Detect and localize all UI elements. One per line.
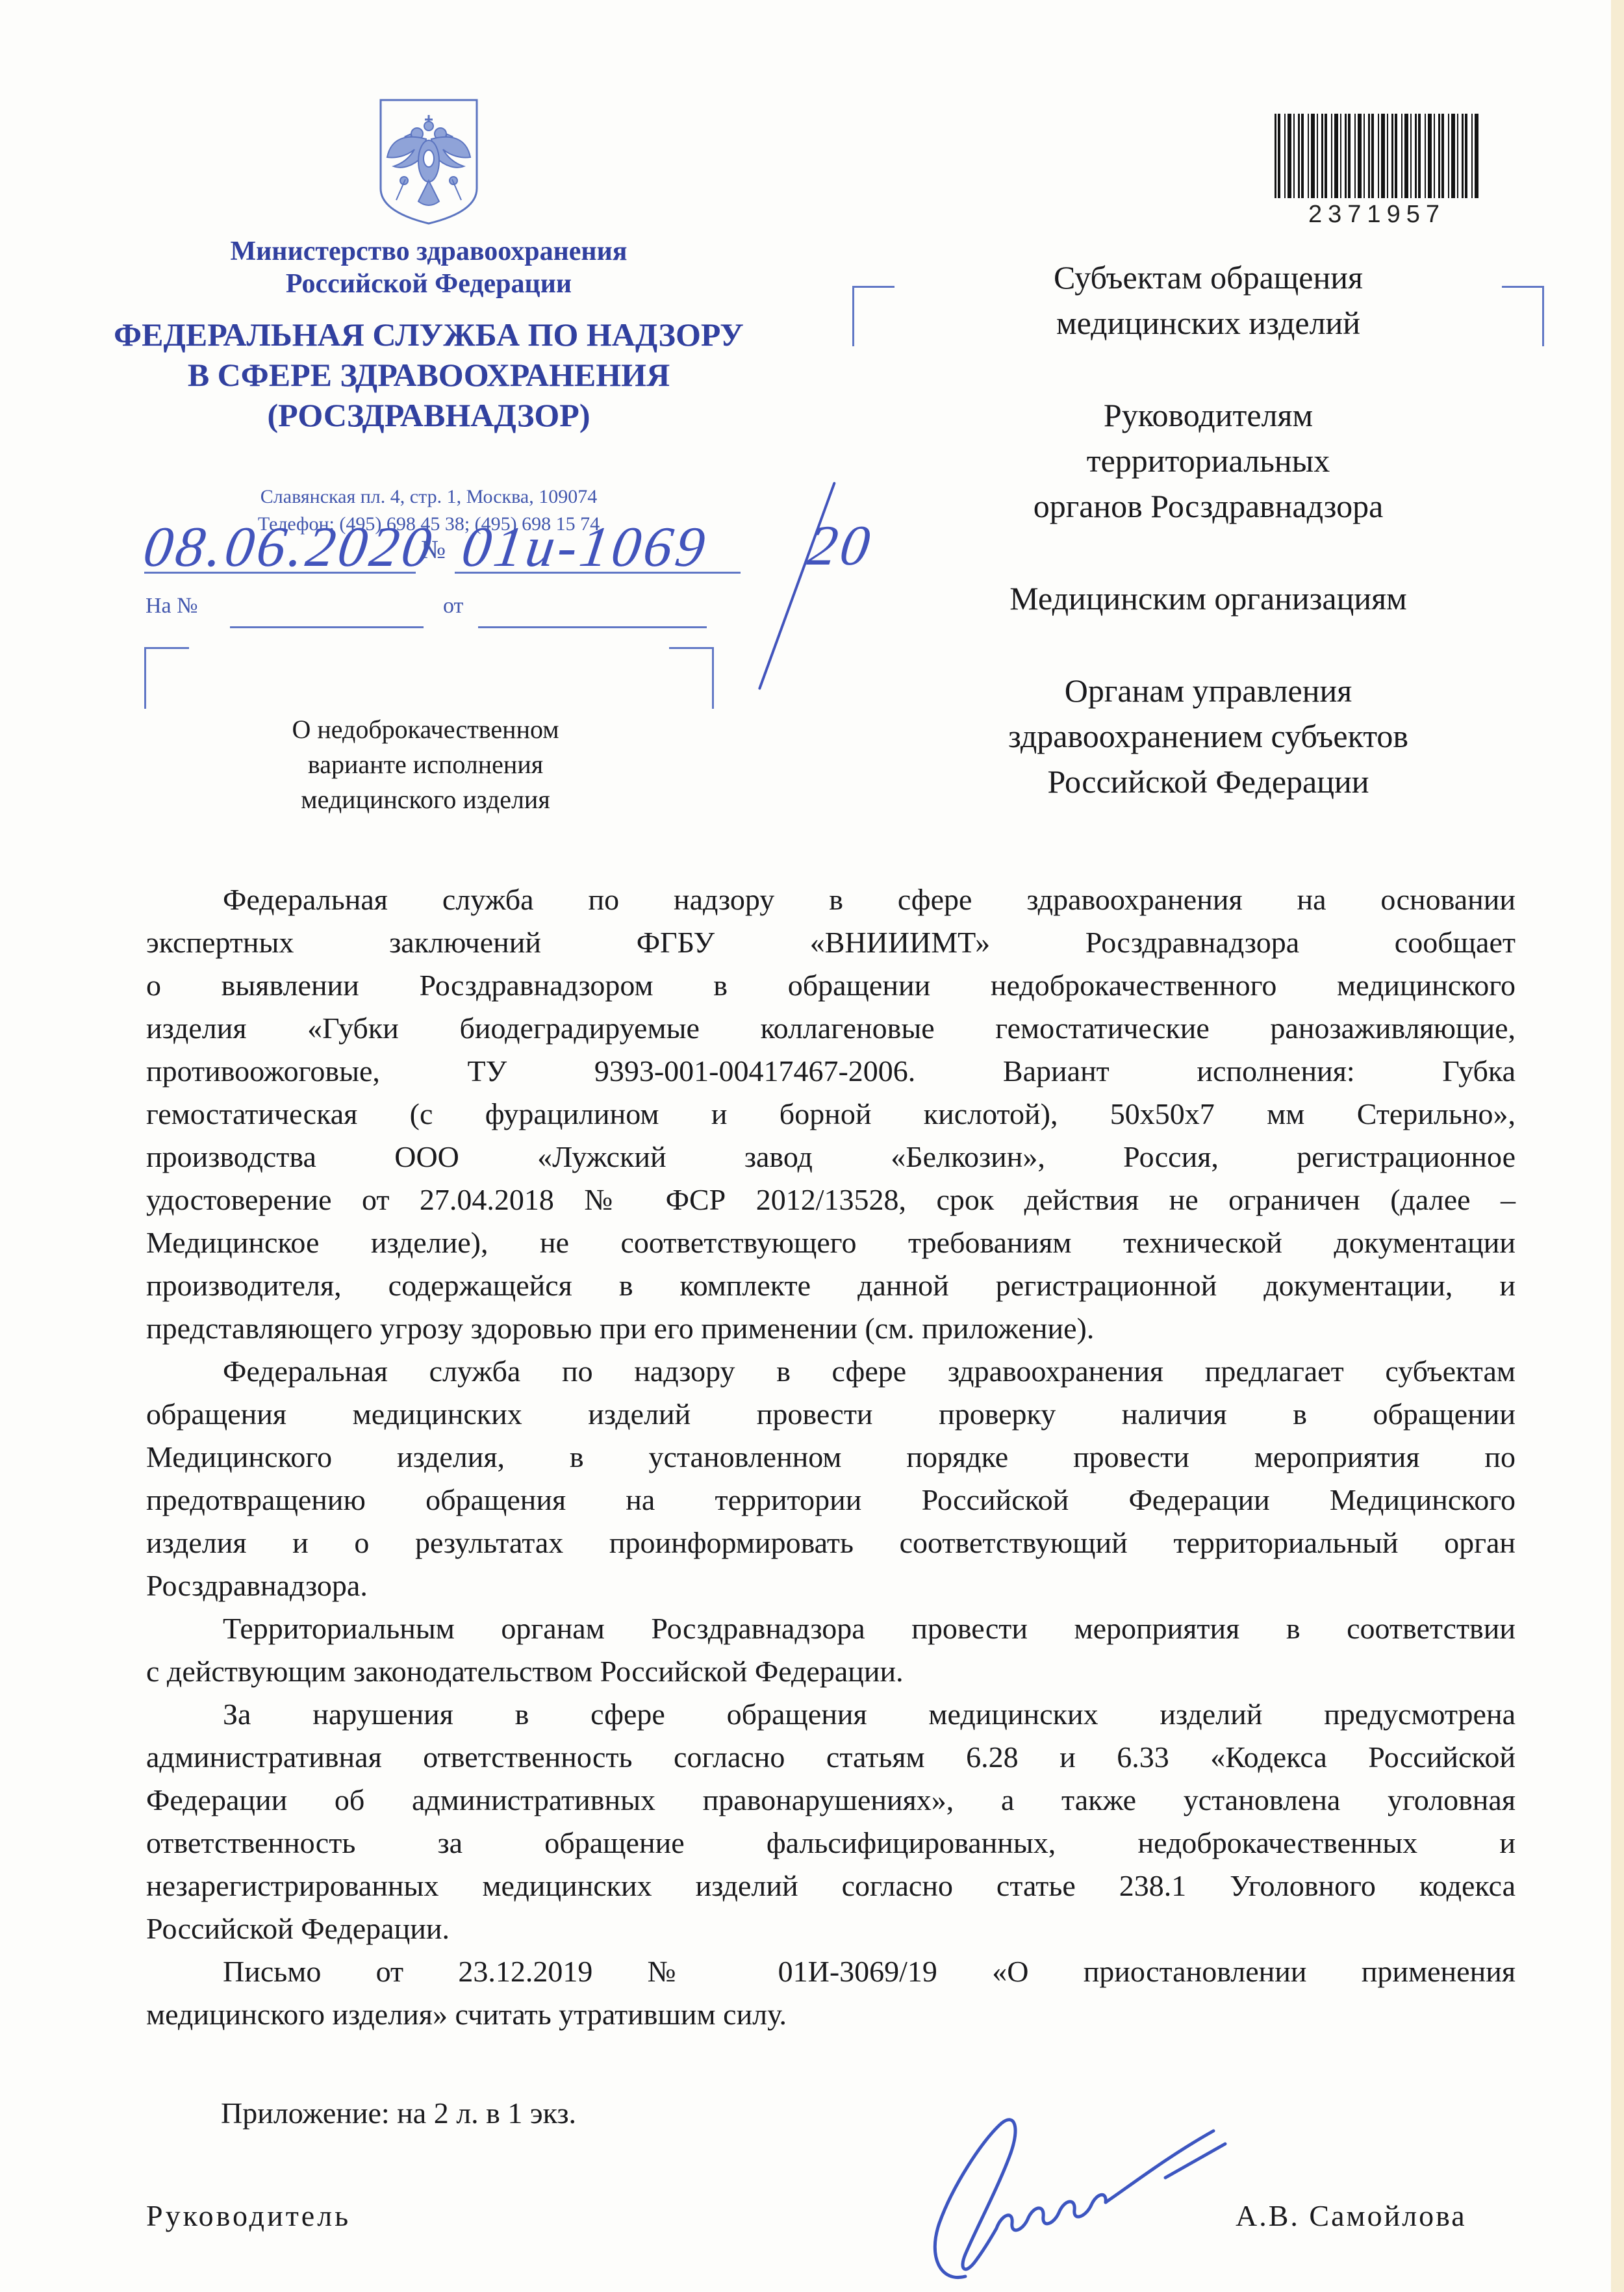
recipient-line: Руководителям [874, 392, 1543, 438]
scanned-letter-page: Министерство здравоохранения Российской … [0, 0, 1624, 2292]
recipient-line: Российской Федерации [874, 759, 1543, 804]
signer-title: Руководитель [146, 2198, 351, 2233]
body-line: Федеральная служба по надзору в сфере зд… [146, 878, 1516, 921]
registration-barcode: 2371957 [1275, 114, 1479, 229]
body-line: гемостатическая (с фурацилином и борной … [146, 1093, 1516, 1136]
body-line: обращения медицинских изделий провести п… [146, 1393, 1516, 1436]
signer-name: А.В. Самойлова [1236, 2198, 1467, 2233]
attachment-note: Приложение: на 2 л. в 1 экз. [221, 2096, 576, 2130]
body-line: производителя, содержащейся в комплекте … [146, 1264, 1516, 1307]
recipient-line: медицинских изделий [874, 300, 1543, 346]
body-line: изделия и о результатах проинформировать… [146, 1522, 1516, 1564]
stamp-corner-bracket [669, 647, 714, 709]
ministry-line-2: Российской Федерации [97, 268, 760, 300]
body-line: представляющего угрозу здоровью при его … [146, 1307, 1516, 1350]
recipient-line: Медицинским организациям [874, 576, 1543, 621]
letter-subject: О недоброкачественном варианте исполнени… [257, 712, 594, 817]
recipient-line: органов Росздравнадзора [874, 483, 1543, 529]
body-line: Медицинское изделие), не соответствующег… [146, 1221, 1516, 1264]
barcode-digits: 2371957 [1275, 201, 1479, 229]
letter-body: Федеральная служба по надзору в сфере зд… [146, 878, 1516, 2036]
service-name-line-2: В СФЕРЕ ЗДРАВООХРАНЕНИЯ [97, 355, 760, 395]
letterhead-address: Славянская пл. 4, стр. 1, Москва, 109074 [97, 483, 760, 511]
number-sign: № [421, 534, 446, 565]
reply-from-label: от [443, 594, 463, 618]
body-line: Российской Федерации. [146, 1907, 1516, 1950]
body-line: изделия «Губки биодеградируемые коллаген… [146, 1007, 1516, 1050]
subject-line: медицинского изделия [257, 782, 594, 817]
russia-coat-of-arms-icon [377, 97, 481, 226]
recipients-block: Субъектам обращениямедицинских изделийРу… [874, 255, 1543, 851]
handwritten-signature [903, 2113, 1241, 2288]
reply-to-number-label: На № [146, 594, 198, 618]
stamp-corner-bracket [144, 647, 189, 709]
recipient-group: Субъектам обращениямедицинских изделий [874, 255, 1543, 346]
date-underline [144, 572, 416, 574]
body-line: Письмо от 23.12.2019 № 01И-3069/19 «О пр… [146, 1950, 1516, 1993]
body-line: с действующим законодательством Российск… [146, 1650, 1516, 1693]
body-line: ответственность за обращение фальсифицир… [146, 1822, 1516, 1865]
body-line: Федеральная служба по надзору в сфере зд… [146, 1350, 1516, 1393]
number-underline [455, 572, 741, 574]
recipient-line: Органам управления [874, 668, 1543, 713]
body-line: Медицинского изделия, в установленном по… [146, 1436, 1516, 1479]
body-line: экспертных заключений ФГБУ «ВНИИИМТ» Рос… [146, 921, 1516, 964]
handwritten-number-suffix: 20 [804, 513, 877, 579]
handwritten-date: 08.06.2020 [140, 515, 438, 580]
reply-number-blank-line [230, 626, 424, 628]
body-line: Федерации об административных правонаруш… [146, 1779, 1516, 1822]
subject-line: варианте исполнения [257, 747, 594, 782]
handwritten-outgoing-number: 01и-1069 [458, 515, 713, 580]
barcode-bars-icon [1275, 114, 1479, 198]
recipient-line: Субъектам обращения [874, 255, 1543, 300]
body-line: незарегистрированных медицинских изделий… [146, 1865, 1516, 1907]
body-line: Территориальным органам Росздравнадзора … [146, 1607, 1516, 1650]
body-line: производства ООО «Лужский завод «Белкози… [146, 1136, 1516, 1178]
letterhead: Министерство здравоохранения Российской … [97, 97, 760, 538]
reply-date-blank-line [478, 626, 707, 628]
body-line: Росздравнадзора. [146, 1564, 1516, 1607]
recipient-group: Медицинским организациям [874, 576, 1543, 621]
ministry-line-1: Министерство здравоохранения [97, 235, 760, 268]
body-line: За нарушения в сфере обращения медицинск… [146, 1693, 1516, 1736]
service-name-line-1: ФЕДЕРАЛЬНАЯ СЛУЖБА ПО НАДЗОРУ [97, 314, 760, 355]
recipient-line: территориальных [874, 438, 1543, 483]
body-line: предотвращению обращения на территории Р… [146, 1479, 1516, 1522]
recipient-line: здравоохранением субъектов [874, 713, 1543, 759]
body-line: медицинского изделия» считать утратившим… [146, 1993, 1516, 2036]
subject-line: О недоброкачественном [257, 712, 594, 747]
body-line: административная ответственность согласн… [146, 1736, 1516, 1779]
recipient-group: Руководителямтерриториальныхорганов Росз… [874, 392, 1543, 529]
body-line: удостоверение от 27.04.2018 № ФСР 2012/1… [146, 1178, 1516, 1221]
recipient-group: Органам управленияздравоохранением субъе… [874, 668, 1543, 804]
body-line: противоожоговые, ТУ 9393-001-00417467-20… [146, 1050, 1516, 1093]
service-name-line-3: (РОСЗДРАВНАДЗОР) [97, 395, 760, 435]
scan-edge-artifact [1611, 0, 1624, 2292]
body-line: о выявлении Росздравнадзором в обращении… [146, 964, 1516, 1007]
